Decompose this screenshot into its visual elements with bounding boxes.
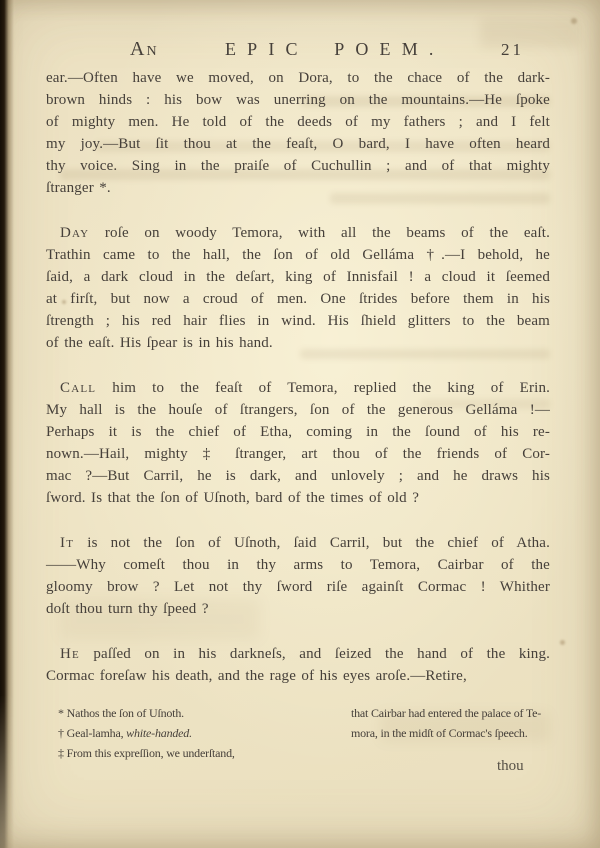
text-line: at firſt, but now a croud of men. One ſt… xyxy=(46,288,550,310)
lead-line-rest: is not the ſon of Uſnoth, ſaid Carril, b… xyxy=(74,535,550,551)
lead-line-rest: paſſed on in his darkneſs, and ſeized th… xyxy=(80,646,550,662)
text-line: Cormac foreſaw his death, and the rage o… xyxy=(46,665,550,687)
text-line: doſt thou turn thy ſpeed ? xyxy=(46,598,550,620)
text-line: My hall is the houſe of ſtrangers, ſon o… xyxy=(46,399,550,421)
text-line: ——Why comeſt thou in thy arms to Temora,… xyxy=(46,554,550,576)
text-line: ſword. Is that the ſon of Uſnoth, bard o… xyxy=(46,487,550,509)
text-line: ſaid, a dark cloud in the deſart, king o… xyxy=(46,266,550,288)
text-line: thy voice. Sing in the praiſe of Cuchull… xyxy=(46,155,550,177)
footnote-text: † Geal-lamha, xyxy=(58,726,126,740)
text-line: of the eaſt. His ſpear is in his hand. xyxy=(46,332,550,354)
running-head-article: An xyxy=(130,38,159,61)
text-line: gloomy brow ? Let not thy ſword riſe aga… xyxy=(46,576,550,598)
paragraph: ear.—Often have we moved, on Dora, to th… xyxy=(46,67,550,199)
text-line: Day roſe on woody Temora, with all the b… xyxy=(46,222,550,244)
text-line: mac ?—But Carril, he is dark, and unlove… xyxy=(46,465,550,487)
catchword: thou xyxy=(497,758,524,775)
text-line: He paſſed on in his darkneſs, and ſeized… xyxy=(46,643,550,665)
paragraph: Call him to the feaſt of Temora, replied… xyxy=(46,377,550,509)
text-line: my joy.—But ſit thou at the feaſt, O bar… xyxy=(46,133,550,155)
lead-line-rest: roſe on woody Temora, with all the beams… xyxy=(89,225,550,241)
binding-edge-shadow xyxy=(0,0,14,848)
page-number: 21 xyxy=(501,40,524,60)
book-page-scan: An EPIC POEM. 21 ear.—Often have we move… xyxy=(0,0,600,848)
paragraph: It is not the ſon of Uſnoth, ſaid Carril… xyxy=(46,532,550,620)
text-line: Perhaps it is the chief of Etha, coming … xyxy=(46,421,550,443)
small-caps-lead: Call xyxy=(60,380,96,396)
paragraph: He paſſed on in his darkneſs, and ſeized… xyxy=(46,643,550,687)
footnotes: * Nathos the ſon of Uſnoth. † Geal-lamha… xyxy=(58,703,558,763)
text-line: ear.—Often have we moved, on Dora, to th… xyxy=(46,67,550,89)
text-line: brown hinds : his bow was unerring on th… xyxy=(46,89,550,111)
footnote-line: † Geal-lamha, white-handed. xyxy=(58,723,333,743)
text-line: ſtrength ; his red hair flies in wind. H… xyxy=(46,310,550,332)
footnote-column-right: that Cairbar had entered the palace of T… xyxy=(351,703,558,763)
running-head: An EPIC POEM. 21 xyxy=(46,38,550,61)
paragraph: Day roſe on woody Temora, with all the b… xyxy=(46,222,550,354)
small-caps-lead: He xyxy=(60,646,80,662)
footnote-line: ‡ From this expreſſion, we underſtand, xyxy=(58,743,333,763)
footnote-line: that Cairbar had entered the palace of T… xyxy=(351,703,558,723)
text-line: ſtranger *. xyxy=(46,177,550,199)
footnote-line: mora, in the midſt of Cormac's ſpeech. xyxy=(351,723,558,743)
footnote-text: * Nathos the ſon of Uſnoth. xyxy=(58,706,184,720)
text-line: of mighty men. He told of the deeds of m… xyxy=(46,111,550,133)
text-line: nown.—Hail, mighty ‡ ſtranger, art thou … xyxy=(46,443,550,465)
text-line: Call him to the feaſt of Temora, replied… xyxy=(46,377,550,399)
small-caps-lead: Day xyxy=(60,225,89,241)
footnote-line: * Nathos the ſon of Uſnoth. xyxy=(58,703,333,723)
text-line: It is not the ſon of Uſnoth, ſaid Carril… xyxy=(46,532,550,554)
text-line: Trathin came to the hall, the ſon of old… xyxy=(46,244,550,266)
foxing-spot xyxy=(571,18,577,24)
footnote-text: ‡ From this expreſſion, we underſtand, xyxy=(58,746,235,760)
running-head-title: EPIC POEM. xyxy=(225,39,445,60)
foxing-spot xyxy=(560,640,565,645)
body-text: ear.—Often have we moved, on Dora, to th… xyxy=(46,67,550,687)
footnote-italic: white-handed. xyxy=(126,726,192,740)
lead-line-rest: him to the feaſt of Temora, replied the … xyxy=(96,380,550,396)
small-caps-lead: It xyxy=(60,535,74,551)
footnote-column-left: * Nathos the ſon of Uſnoth. † Geal-lamha… xyxy=(58,703,333,763)
